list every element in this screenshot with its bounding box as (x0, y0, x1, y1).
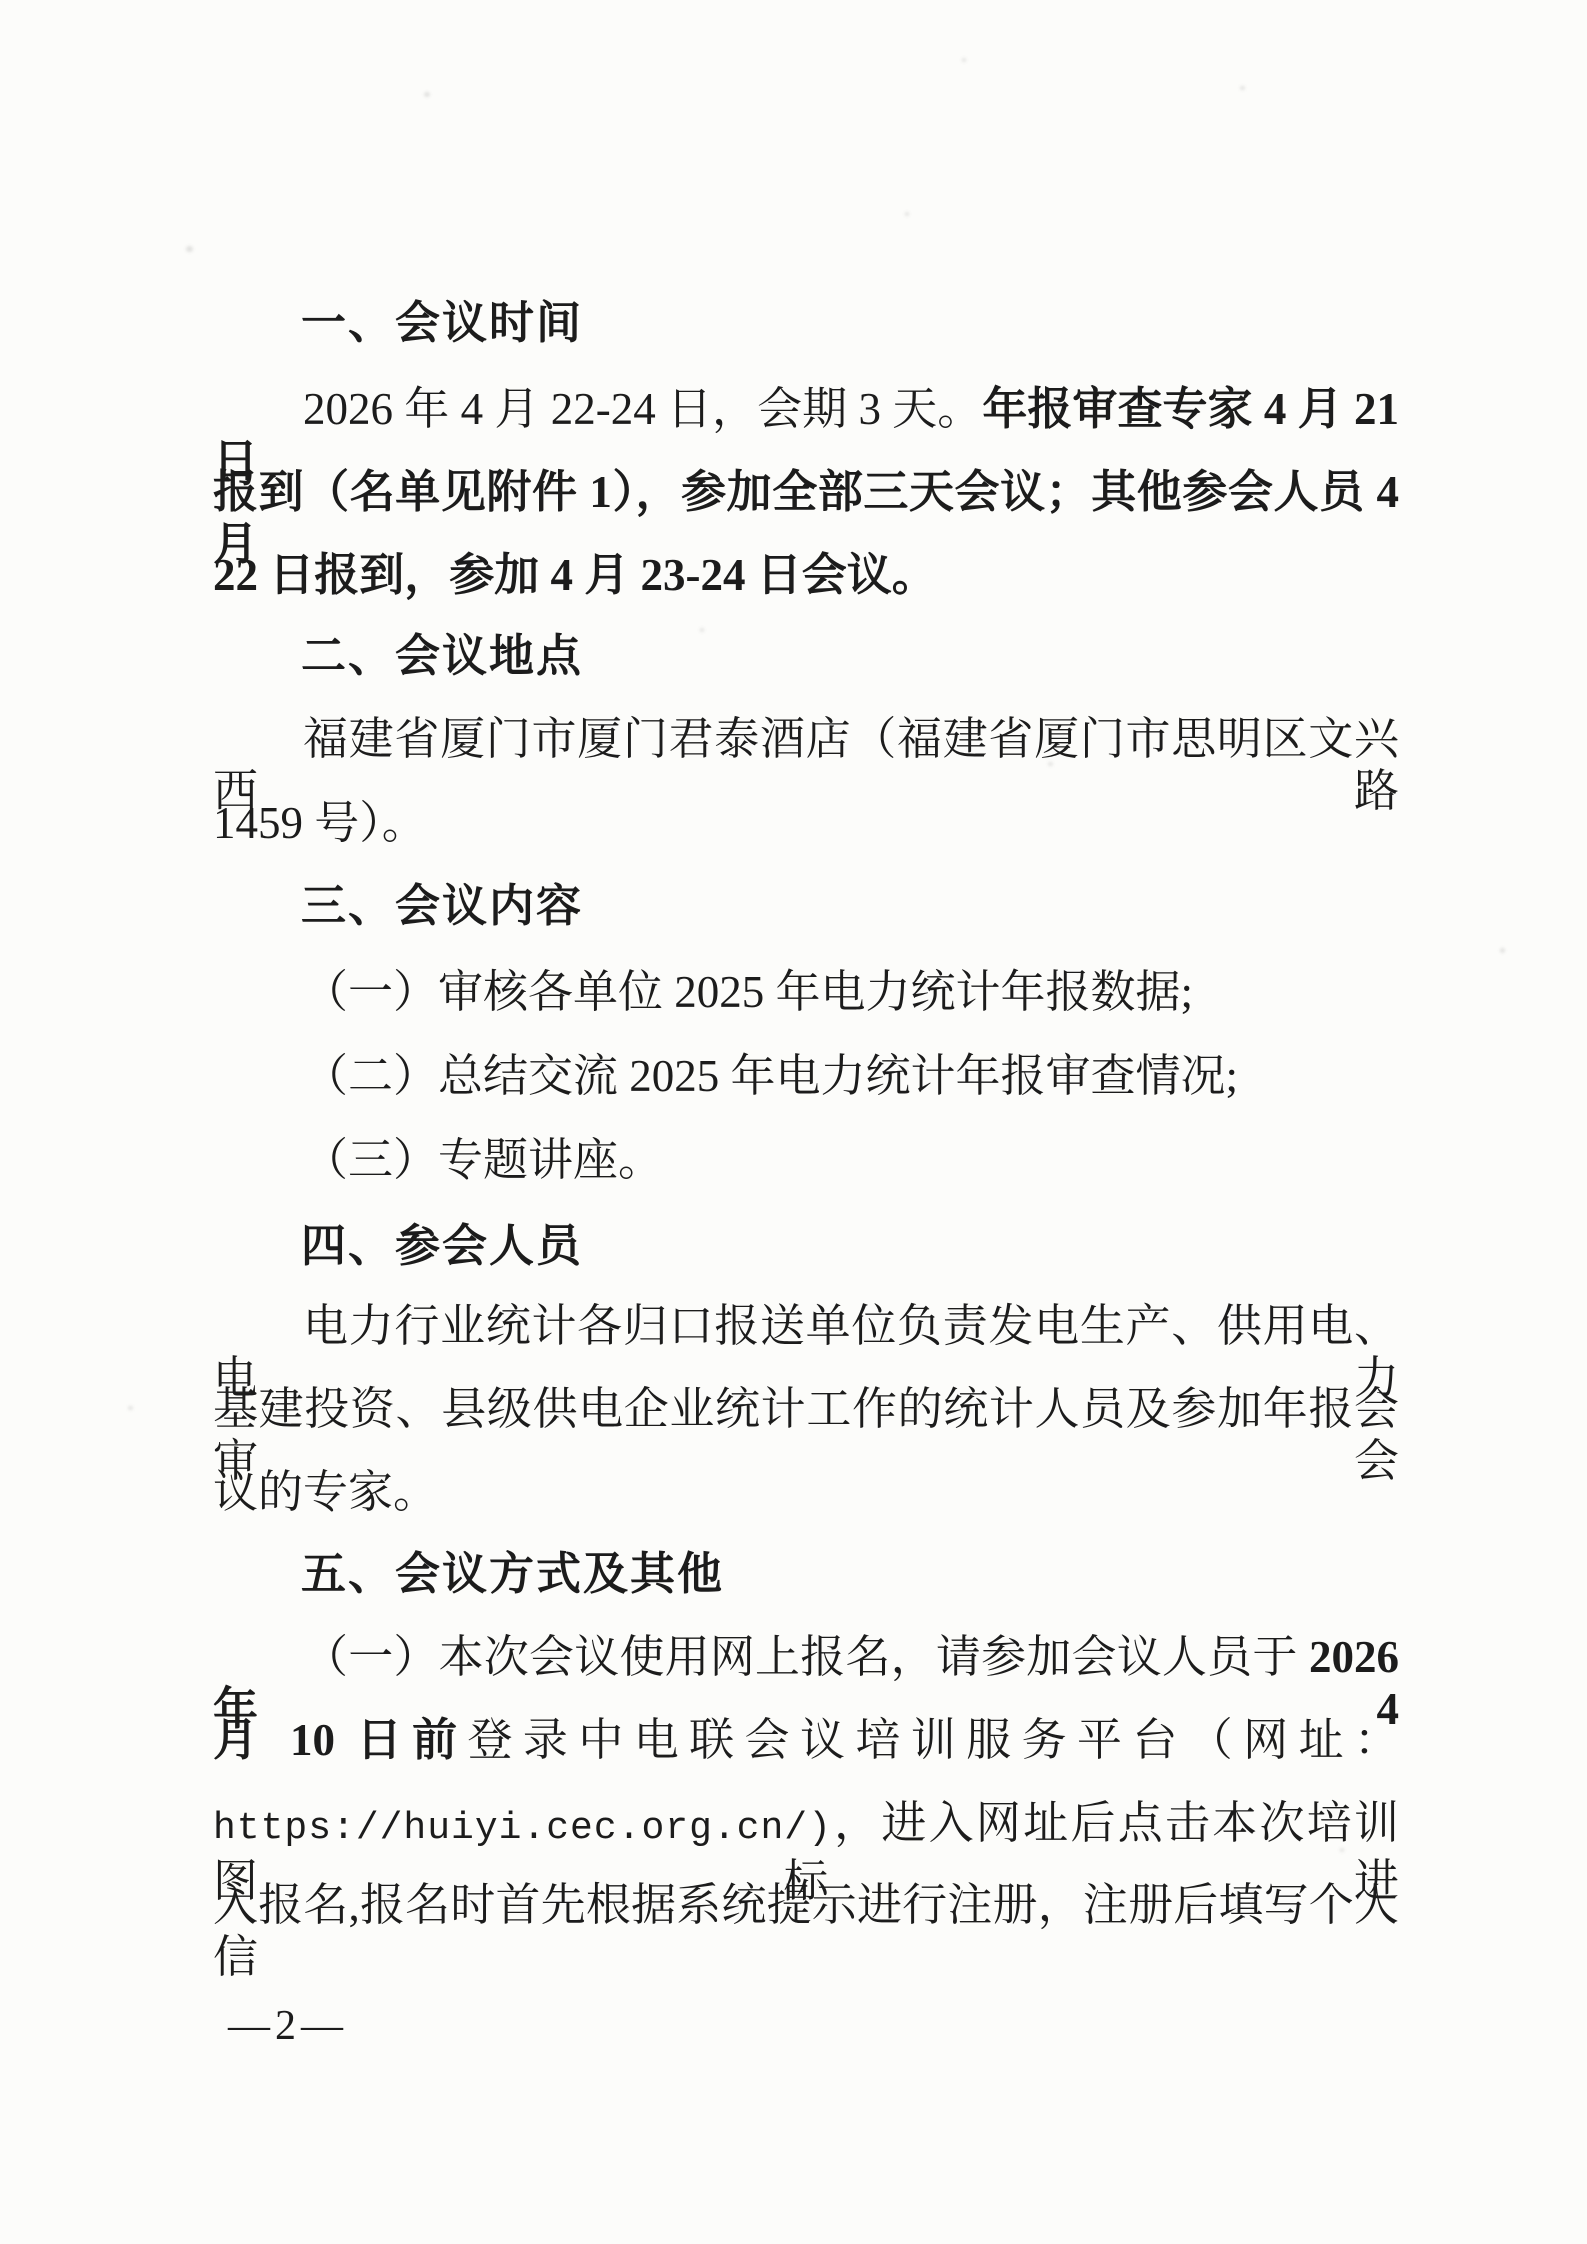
text-run: （一）审核各单位 2025 年电力统计年报数据; (303, 967, 1193, 1017)
page-number: —2— (228, 2002, 348, 2050)
section-4-heading: 四、参会人员 (213, 1220, 1399, 1272)
scan-speck (186, 246, 193, 252)
scan-speck (1340, 1848, 1344, 1852)
section-5-paragraph-line-4: 入报名,报名时首先根据系统提示进行注册，注册后填写个人信 (213, 1879, 1399, 1983)
document-body: 一、会议时间 2026 年 4 月 22-24 日，会期 3 天。年报审查专家 … (213, 0, 1399, 2244)
scan-speck (1048, 762, 1053, 766)
section-3-item-3: （三）专题讲座。 (213, 1134, 1399, 1186)
section-2-heading: 二、会议地点 (213, 630, 1399, 682)
text-run: （二）总结交流 2025 年电力统计年报审查情况; (303, 1051, 1238, 1101)
text-run-bold: 22 日报到，参加 4 月 23-24 日会议。 (213, 550, 937, 600)
text-run: 2026 年 4 月 22-24 日，会期 3 天。 (303, 384, 982, 434)
scan-speck (1500, 948, 1505, 953)
text-run: （三）专题讲座。 (303, 1135, 663, 1185)
section-3-item-2: （二）总结交流 2025 年电力统计年报审查情况; (213, 1050, 1399, 1102)
text-run: （一）本次会议使用网上报名，请参加会议人员于 (303, 1632, 1309, 1682)
section-4-paragraph-line-3: 议的专家。 (213, 1466, 1399, 1518)
section-5-heading: 五、会议方式及其他 (213, 1548, 1399, 1600)
registration-url-text: https://huiyi.cec.org.cn/) (213, 1807, 832, 1850)
section-3-item-1: （一）审核各单位 2025 年电力统计年报数据; (213, 966, 1399, 1018)
scan-speck (962, 58, 966, 62)
text-run: 议的专家。 (213, 1467, 438, 1517)
scan-speck (128, 1406, 133, 1410)
text-run: 入报名,报名时首先根据系统提示进行注册，注册后填写个人信 (213, 1880, 1399, 1982)
text-run: 登录中电联会议培训服务平台（网址： (468, 1715, 1399, 1765)
section-2-paragraph-line-2: 1459 号）。 (213, 797, 1399, 849)
text-run-bold: 月 10 日前 (213, 1715, 468, 1765)
section-1-heading: 一、会议时间 (213, 297, 1399, 349)
document-page: 一、会议时间 2026 年 4 月 22-24 日，会期 3 天。年报审查专家 … (0, 0, 1587, 2244)
scan-speck (700, 628, 704, 632)
scan-speck (905, 212, 909, 216)
scan-speck (424, 92, 430, 97)
scan-speck (1240, 86, 1245, 90)
text-run: 1459 号）。 (213, 798, 427, 848)
section-3-heading: 三、会议内容 (213, 880, 1399, 932)
section-1-paragraph-line-3: 22 日报到，参加 4 月 23-24 日会议。 (213, 549, 1399, 601)
section-5-paragraph-line-2: 月 10 日前登录中电联会议培训服务平台（网址： (213, 1714, 1399, 1766)
